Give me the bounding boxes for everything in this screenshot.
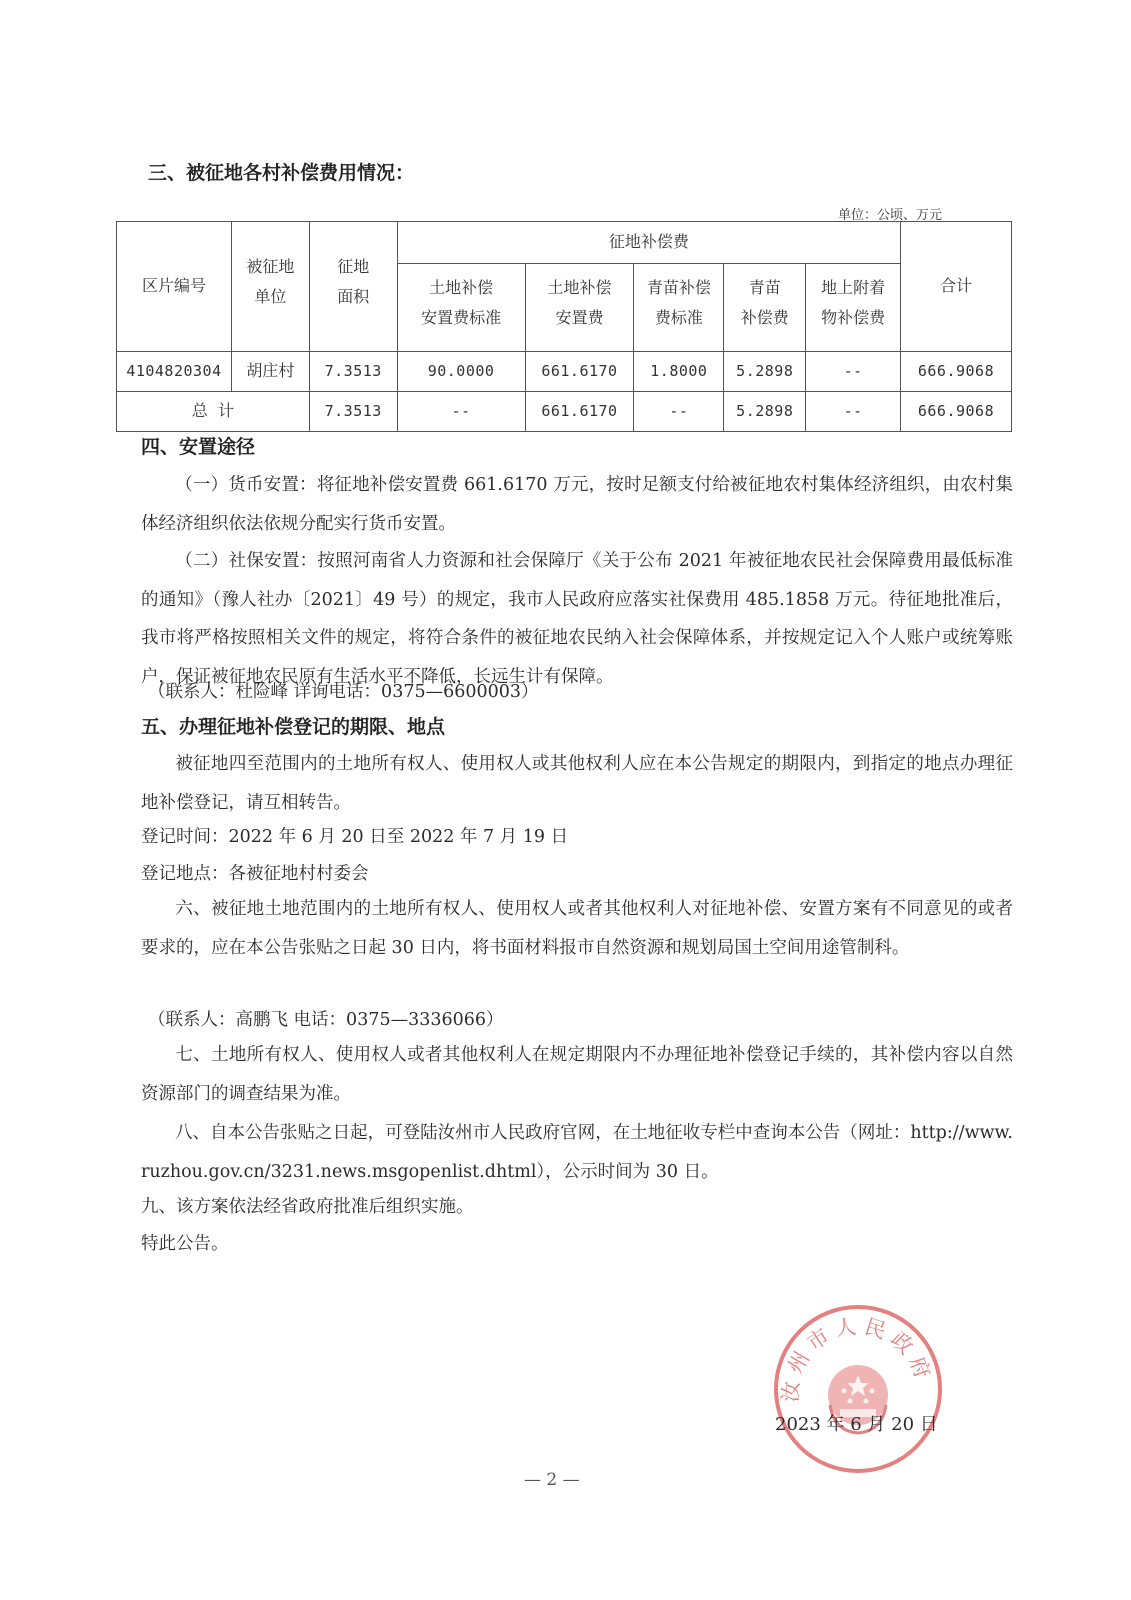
header-text: 费标准 — [634, 299, 723, 337]
header-text: 物补偿费 — [806, 299, 900, 337]
cell-attachment: -- — [806, 352, 901, 392]
header-text: 青苗 — [724, 278, 805, 299]
section3-heading: 三、被征地各村补偿费用情况： — [148, 158, 414, 185]
document-page: 三、被征地各村补偿费用情况： 单位：公顷、万元 区片编号 被征地单位 征地面积 … — [0, 0, 1131, 1600]
seal-emblem-icon: 汝州市人民政府 — [778, 1309, 938, 1469]
header-text: 补偿费 — [724, 299, 805, 337]
cell-summary-area: 7.3513 — [309, 392, 397, 432]
cell-area: 7.3513 — [309, 352, 397, 392]
registration-time: 登记时间：2022 年 6 月 20 日至 2022 年 7 月 19 日 — [141, 823, 568, 848]
cell-unit-name: 胡庄村 — [231, 352, 309, 392]
section6-contact: （联系人：高鹏飞 电话：0375—3336066） — [148, 1006, 504, 1031]
paragraph-text: 八、自本公告张贴之日起，可登陆汝州市人民政府官网，在土地征收专栏中查询本公告（网… — [141, 1123, 1013, 1182]
header-text: 土地补偿 — [526, 278, 634, 299]
cell-land-fee: 661.6170 — [525, 352, 634, 392]
cell-summary-crop-fee: 5.2898 — [724, 392, 806, 432]
header-text: 面积 — [310, 278, 397, 316]
paragraph-text: 七、土地所有权人、使用权人或者其他权利人在规定期限内不办理征地补偿登记手续的，其… — [141, 1045, 1013, 1104]
section4-heading: 四、安置途径 — [141, 432, 255, 459]
closing-text: 特此公告。 — [141, 1230, 229, 1255]
cell-crop-std: 1.8000 — [634, 352, 724, 392]
header-text: 单位 — [232, 278, 309, 316]
header-unit-name: 被征地单位 — [231, 222, 309, 352]
cell-summary-land-fee: 661.6170 — [525, 392, 634, 432]
section5-paragraph: 被征地四至范围内的土地所有权人、使用权人或其他权利人应在本公告规定的期限内，到指… — [141, 745, 1013, 822]
header-land-fee: 土地补偿安置费 — [525, 264, 634, 352]
header-text: 地上附着 — [806, 278, 900, 299]
issue-date: 2023 年 6 月 20 日 — [775, 1410, 938, 1436]
header-crop-std: 青苗补偿费标准 — [634, 264, 724, 352]
paragraph-text: 六、被征地土地范围内的土地所有权人、使用权人或者其他权利人对征地补偿、安置方案有… — [141, 899, 1013, 958]
cell-summary-attachment: -- — [806, 392, 901, 432]
cell-total: 666.9068 — [901, 352, 1012, 392]
table-row: 4104820304 胡庄村 7.3513 90.0000 661.6170 1… — [117, 352, 1012, 392]
section5-heading: 五、办理征地补偿登记的期限、地点 — [141, 712, 445, 739]
header-attachment: 地上附着物补偿费 — [806, 264, 901, 352]
header-text: 征地 — [310, 257, 397, 278]
cell-land-std: 90.0000 — [397, 352, 525, 392]
header-block-id: 区片编号 — [117, 222, 232, 352]
official-seal: 汝州市人民政府 — [774, 1305, 942, 1473]
paragraph-text: （二）社保安置：按照河南省人力资源和社会保障厅《关于公布 2021 年被征地农民… — [141, 551, 1013, 687]
cell-summary-land-std: -- — [397, 392, 525, 432]
header-total: 合计 — [901, 222, 1012, 352]
header-compensation-group: 征地补偿费 — [397, 222, 900, 264]
compensation-table: 区片编号 被征地单位 征地面积 征地补偿费 合计 土地补偿安置费标准 土地补偿安… — [116, 221, 1012, 432]
table-header-row-1: 区片编号 被征地单位 征地面积 征地补偿费 合计 — [117, 222, 1012, 264]
paragraph-text: 被征地四至范围内的土地所有权人、使用权人或其他权利人应在本公告规定的期限内，到指… — [141, 754, 1013, 813]
header-crop-fee: 青苗补偿费 — [724, 264, 806, 352]
header-text: 安置费标准 — [398, 299, 525, 337]
header-land-std: 土地补偿安置费标准 — [397, 264, 525, 352]
section4-contact: （联系人：杜险峰 详询电话：0375—6600003） — [148, 678, 539, 703]
cell-summary-total: 666.9068 — [901, 392, 1012, 432]
cell-block-id: 4104820304 — [117, 352, 232, 392]
cell-summary-label: 总 计 — [117, 392, 310, 432]
header-text: 安置费 — [526, 299, 634, 337]
page-number: — 2 — — [524, 1470, 580, 1490]
section9-paragraph: 九、该方案依法经省政府批准后组织实施。 — [141, 1193, 474, 1218]
paragraph-text: （一）货币安置：将征地补偿安置费 661.6170 万元，按时足额支付给被征地农… — [141, 475, 1013, 534]
header-area: 征地面积 — [309, 222, 397, 352]
section4-paragraph-1: （一）货币安置：将征地补偿安置费 661.6170 万元，按时足额支付给被征地农… — [141, 466, 1013, 543]
cell-summary-crop-std: -- — [634, 392, 724, 432]
cell-crop-fee: 5.2898 — [724, 352, 806, 392]
section8-paragraph: 八、自本公告张贴之日起，可登陆汝州市人民政府官网，在土地征收专栏中查询本公告（网… — [141, 1114, 1013, 1191]
section4-paragraph-2: （二）社保安置：按照河南省人力资源和社会保障厅《关于公布 2021 年被征地农民… — [141, 542, 1013, 696]
header-text: 被征地 — [232, 257, 309, 278]
registration-place: 登记地点：各被征地村村委会 — [141, 860, 369, 885]
section6-paragraph: 六、被征地土地范围内的土地所有权人、使用权人或者其他权利人对征地补偿、安置方案有… — [141, 890, 1013, 967]
section7-paragraph: 七、土地所有权人、使用权人或者其他权利人在规定期限内不办理征地补偿登记手续的，其… — [141, 1036, 1013, 1113]
header-text: 青苗补偿 — [634, 278, 723, 299]
table-summary-row: 总 计 7.3513 -- 661.6170 -- 5.2898 -- 666.… — [117, 392, 1012, 432]
header-text: 土地补偿 — [398, 278, 525, 299]
